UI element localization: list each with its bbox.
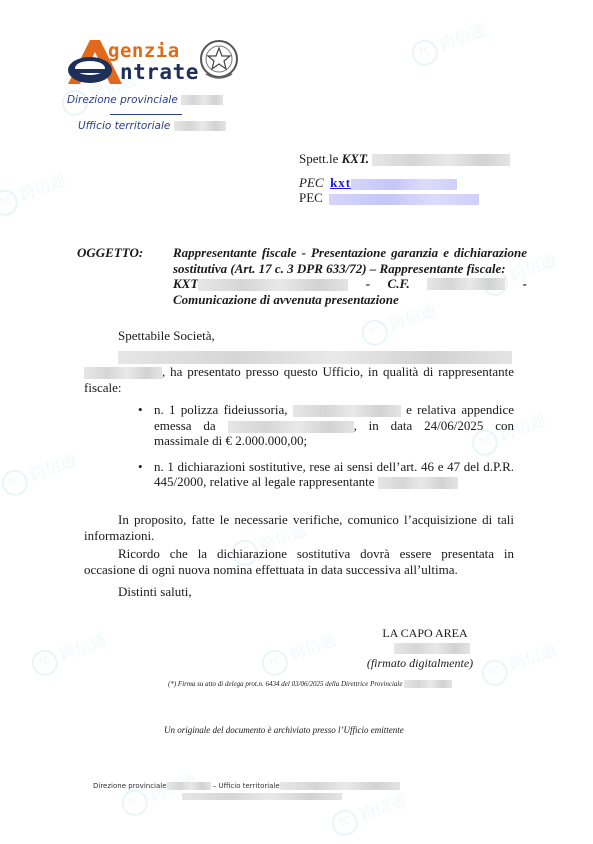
- list-item: n. 1 dichiarazioni sostitutive, rese ai …: [138, 459, 514, 490]
- watermark: TC跨信通: [28, 627, 110, 679]
- italian-republic-emblem-icon: [198, 38, 240, 82]
- paragraph-verifiche: In proposito, fatte le necessarie verifi…: [84, 512, 514, 543]
- pec-email-link[interactable]: kxt: [330, 175, 457, 190]
- footer: Direzione provinciale – Ufficio territor…: [93, 782, 400, 790]
- watermark: TC跨信通: [408, 17, 490, 69]
- subject-line: Rappresentante fiscale - Presentazione g…: [173, 245, 527, 276]
- subject-label: OGGETTO:: [77, 245, 143, 261]
- archive-note: Un originale del documento è archiviato …: [164, 725, 404, 735]
- subject-block: OGGETTO: Rappresentante fiscale - Presen…: [77, 245, 527, 307]
- subject-last-line: Comunicazione di avvenuta presentazione: [173, 292, 399, 307]
- pec-line-1: PEC kxt: [299, 175, 457, 191]
- redacted-text: [329, 194, 479, 205]
- intro-paragraph: , ha presentato presso questo Ufficio, i…: [84, 364, 514, 395]
- signature-title: LA CAPO AREA: [350, 626, 500, 641]
- greeting: Spettabile Società,: [118, 328, 215, 344]
- delega-note: (*) Firma su atto di delega prot.n. 6434…: [168, 680, 452, 688]
- direzione-provinciale-header: Direzione provinciale: [67, 94, 223, 106]
- redacted-text: [182, 793, 342, 800]
- redacted-text: [394, 643, 470, 654]
- redacted-text: [372, 154, 510, 166]
- bullet-list: n. 1 polizza fideiussoria, e relativa ap…: [138, 402, 514, 500]
- signature-note: (firmato digitalmente): [340, 656, 500, 671]
- ufficio-territoriale-header: Ufficio territoriale: [78, 120, 226, 132]
- watermark: TC跨信通: [0, 447, 80, 499]
- paragraph-ricordo: Ricordo che la dichiarazione sostitutiva…: [84, 546, 514, 577]
- watermark: TC跨信通: [0, 167, 70, 219]
- signature-block: LA CAPO AREA (firmato digitalmente): [300, 626, 500, 671]
- closing: Distinti saluti,: [118, 584, 192, 600]
- recipient-line: Spett.le KXT.: [299, 151, 510, 167]
- redacted-text: [174, 121, 226, 131]
- pec-line-2: PEC: [299, 190, 479, 206]
- logo-text-entrate: ntrate: [120, 60, 199, 84]
- list-item: n. 1 polizza fideiussoria, e relativa ap…: [138, 402, 514, 449]
- redacted-text: [351, 179, 457, 190]
- agenzia-entrate-logo: genzia ntrate: [62, 38, 202, 86]
- logo-text-agenzia: genzia: [108, 40, 180, 62]
- header-divider: [110, 114, 182, 115]
- redacted-text: [181, 95, 223, 105]
